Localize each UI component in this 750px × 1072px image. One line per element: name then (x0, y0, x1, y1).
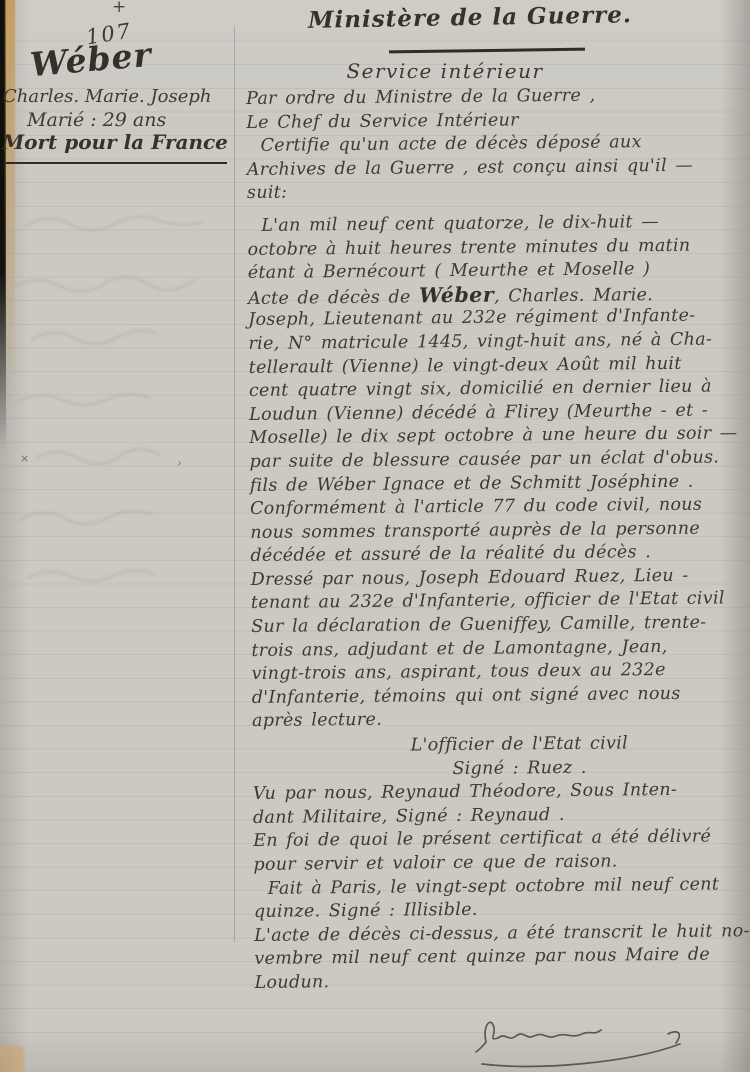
manuscript-line: suit: (247, 178, 747, 206)
manuscript-line: Fait à Paris, le vingt-sept octobre mil … (254, 873, 750, 901)
page-edge-tint (5, 0, 15, 410)
mayor-signature-flourish (472, 1012, 702, 1070)
manuscript-line: En foi de quoi le présent certificat a é… (253, 826, 750, 854)
manuscript-line: vembre mil neuf cent quinze par nous Mai… (254, 944, 750, 972)
manuscript-line: Vu par nous, Reynaud Théodore, Sous Inte… (253, 778, 750, 806)
manuscript-line: après lecture. (252, 706, 750, 734)
cross-mark: + (112, 0, 126, 17)
title-underline (389, 48, 585, 54)
manuscript-body: Par ordre du Ministre de la Guerre , Le … (246, 83, 750, 995)
officer-signature-block: L'officier de l'Etat civil Signé : Ruez … (252, 731, 750, 783)
marital-status: Marié : 29 ans (27, 109, 166, 131)
mort-pour-la-france-mention: Mort pour la France (2, 130, 228, 154)
ministry-title: Ministère de la Guerre. (295, 1, 645, 34)
manuscript-page: + × › 107 Wéber Charles. Marie. Joseph M… (0, 0, 750, 1072)
deceased-surname: Wéber (29, 35, 154, 84)
bleedthrough-marks (6, 190, 231, 610)
acte-prefix: Acte de décès de (248, 287, 419, 309)
acte-surname: Wéber (419, 282, 494, 307)
margin-divider-line (234, 26, 235, 942)
corner-stain (0, 1046, 24, 1072)
stray-mark-dot: × (20, 452, 29, 465)
manuscript-line: Loudun. (254, 967, 750, 995)
manuscript-line: Sur la déclaration de Gueniffey, Camille… (251, 611, 750, 639)
deceased-given-names: Charles. Marie. Joseph (3, 86, 211, 107)
manuscript-line: octobre à huit heures trente minutes du … (247, 234, 747, 262)
margin-underline (4, 162, 227, 164)
service-heading: Service intérieur (330, 59, 560, 83)
acte-suffix: , Charles. Marie. (494, 285, 653, 307)
stray-mark-tick: › (176, 456, 184, 471)
